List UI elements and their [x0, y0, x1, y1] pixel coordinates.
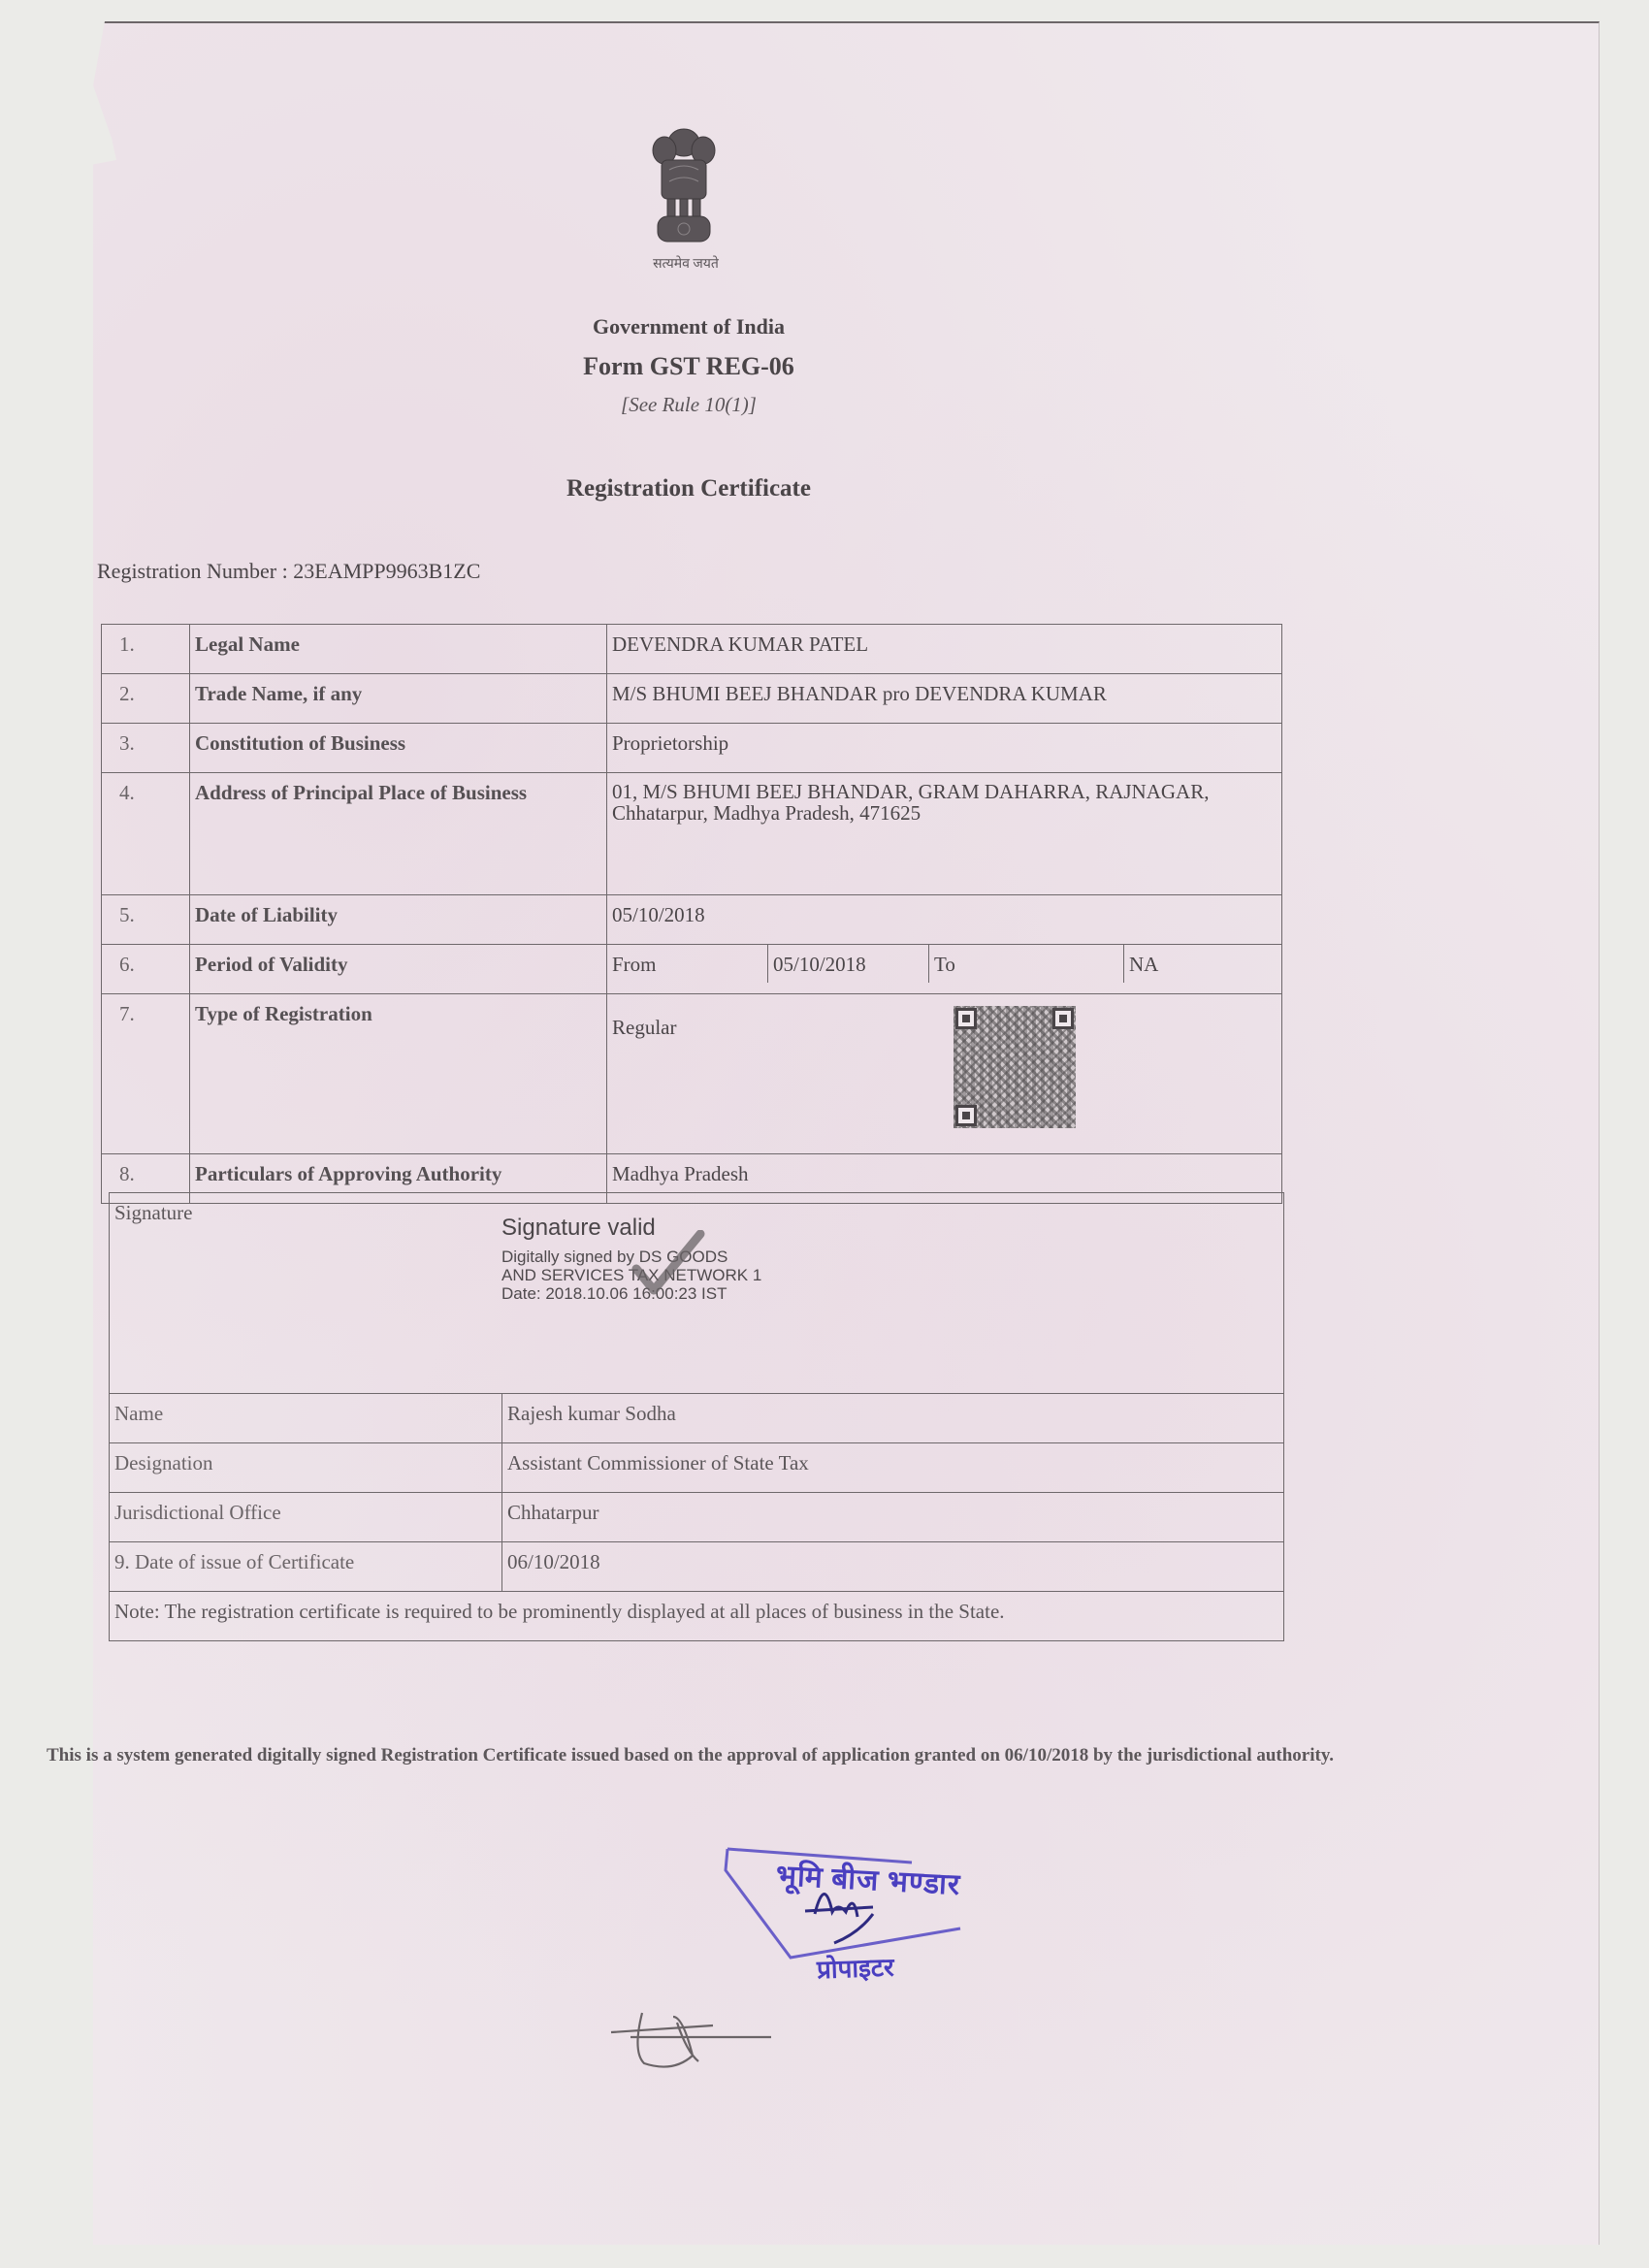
- certificate-title: Registration Certificate: [0, 475, 1377, 502]
- officer-name-value: Rajesh kumar Sodha: [502, 1394, 1284, 1443]
- row-label: Period of Validity: [190, 945, 607, 994]
- validity-from-label: From: [607, 945, 768, 983]
- display-note: Note: The registration certificate is re…: [110, 1592, 1284, 1641]
- table-row-constitution: 3. Constitution of Business Proprietorsh…: [102, 724, 1282, 773]
- table-row-jurisdictional-office: Jurisdictional Office Chhatarpur: [110, 1493, 1284, 1542]
- handwritten-signature-icon: [601, 2008, 771, 2076]
- rule-reference: [See Rule 10(1)]: [0, 393, 1377, 417]
- row-label: Name: [110, 1394, 502, 1443]
- stamp-proprietor-label: प्रोपाइटर: [816, 1949, 894, 1987]
- validity-to-label: To: [929, 945, 1124, 983]
- system-generated-notice: This is a system generated digitally sig…: [47, 1734, 1385, 1776]
- row-label: Jurisdictional Office: [110, 1493, 502, 1542]
- table-row-note: Note: The registration certificate is re…: [110, 1592, 1284, 1641]
- registration-number-label: Registration Number :: [97, 559, 288, 583]
- table-row-period-of-validity: 6. Period of Validity From 05/10/2018 To…: [102, 945, 1282, 994]
- address-value: 01, M/S BHUMI BEEJ BHANDAR, GRAM DAHARRA…: [607, 773, 1282, 895]
- validity-to-value: NA: [1124, 945, 1282, 983]
- row-label: Date of Liability: [190, 895, 607, 945]
- row-label: Designation: [110, 1443, 502, 1493]
- registration-number-value: 23EAMPP9963B1ZC: [293, 559, 480, 583]
- row-label: 9. Date of issue of Certificate: [110, 1542, 502, 1592]
- validity-from-value: 05/10/2018: [768, 945, 929, 983]
- registration-number-line: Registration Number : 23EAMPP9963B1ZC: [97, 559, 480, 584]
- row-label: Trade Name, if any: [190, 674, 607, 724]
- validity-subtable: From 05/10/2018 To NA: [607, 945, 1281, 983]
- row-label: Constitution of Business: [190, 724, 607, 773]
- emblem-motto: सत्यमेव जयते: [642, 254, 729, 273]
- proprietor-stamp: भूमि बीज भण्डार प्रोपाइटर: [718, 1841, 970, 1987]
- form-title: Form GST REG-06: [0, 352, 1377, 381]
- designation-value: Assistant Commissioner of State Tax: [502, 1443, 1284, 1493]
- constitution-value: Proprietorship: [607, 724, 1282, 773]
- legal-name-value: DEVENDRA KUMAR PATEL: [607, 625, 1282, 674]
- row-number: 1.: [102, 625, 190, 674]
- table-row-address: 4. Address of Principal Place of Busines…: [102, 773, 1282, 895]
- table-row-designation: Designation Assistant Commissioner of St…: [110, 1443, 1284, 1493]
- row-number: 4.: [102, 773, 190, 895]
- table-row-legal-name: 1. Legal Name DEVENDRA KUMAR PATEL: [102, 625, 1282, 674]
- jurisdictional-office-value: Chhatarpur: [502, 1493, 1284, 1542]
- date-of-issue-value: 06/10/2018: [502, 1542, 1284, 1592]
- table-row-trade-name: 2. Trade Name, if any M/S BHUMI BEEJ BHA…: [102, 674, 1282, 724]
- row-label: Type of Registration: [190, 994, 607, 1154]
- row-number: 3.: [102, 724, 190, 773]
- checkmark-icon: [630, 1230, 708, 1298]
- trade-name-value: M/S BHUMI BEEJ BHANDAR pro DEVENDRA KUMA…: [607, 674, 1282, 724]
- row-number: 6.: [102, 945, 190, 994]
- table-row-type-of-registration: 7. Type of Registration Regular: [102, 994, 1282, 1154]
- date-of-liability-value: 05/10/2018: [607, 895, 1282, 945]
- table-row-date-of-liability: 5. Date of Liability 05/10/2018: [102, 895, 1282, 945]
- row-label: Legal Name: [190, 625, 607, 674]
- row-number: 7.: [102, 994, 190, 1154]
- certificate-page: सत्यमेव जयते Government of India Form GS…: [0, 0, 1649, 2268]
- validity-cell: From 05/10/2018 To NA: [607, 945, 1282, 994]
- table-row-officer-name: Name Rajesh kumar Sodha: [110, 1394, 1284, 1443]
- table-row-date-of-issue: 9. Date of issue of Certificate 06/10/20…: [110, 1542, 1284, 1592]
- registration-details-table: 1. Legal Name DEVENDRA KUMAR PATEL 2. Tr…: [101, 624, 1282, 1204]
- row-number: 2.: [102, 674, 190, 724]
- state-emblem-of-india-icon: [640, 121, 727, 252]
- qr-code-icon: [954, 1006, 1076, 1128]
- row-label: Address of Principal Place of Business: [190, 773, 607, 895]
- government-heading: Government of India: [0, 314, 1377, 340]
- row-number: 5.: [102, 895, 190, 945]
- type-of-registration-value: Regular: [607, 994, 1282, 1154]
